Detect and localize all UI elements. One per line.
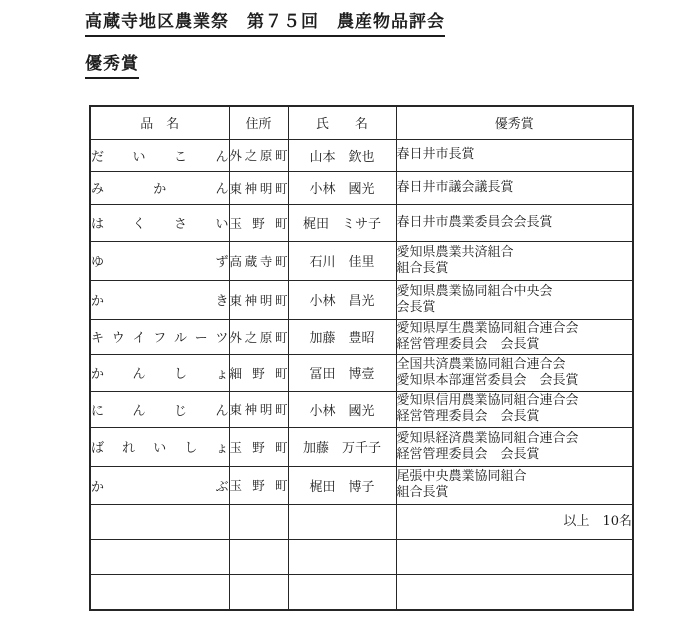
address-text: 玉野町 — [230, 438, 288, 456]
award-line2: 組合長賞 — [397, 261, 633, 277]
award-cell: 春日井市議会議長賞 — [396, 171, 633, 204]
product-cell: かんしょ — [90, 354, 229, 391]
product-text: だいこん — [91, 146, 229, 165]
product-cell: にんじん — [90, 391, 229, 427]
award-line1: 愛知県厚生農業協同組合連合会 — [397, 321, 633, 337]
award-line2: 経営管理委員会 会長賞 — [397, 337, 633, 353]
document-page: 高蔵寺地区農業祭 第７５回 農産物品評会 優秀賞 品 名 住所 氏 名 優秀賞 … — [0, 0, 690, 620]
product-text: かんしょ — [91, 363, 229, 382]
name-cell — [288, 504, 396, 539]
address-text: 玉野町 — [230, 476, 288, 494]
table-row: キウイフルーツ 外之原町 加藤 豊昭 愛知県厚生農業協同組合連合会経営管理委員会… — [90, 319, 633, 354]
address-text: 東神明町 — [230, 291, 288, 309]
award-line2: 会長賞 — [397, 300, 633, 316]
address-text: 細野町 — [230, 364, 288, 382]
award-cell: 春日井市農業委員会会長賞 — [396, 204, 633, 241]
address-cell: 外之原町 — [229, 139, 288, 171]
award-line1: 春日井市長賞 — [397, 147, 633, 163]
product-cell: ゆず — [90, 241, 229, 280]
header-address: 住所 — [229, 106, 288, 139]
table-row: だいこん 外之原町 山本 欽也 春日井市長賞 — [90, 139, 633, 171]
document-title: 高蔵寺地区農業祭 第７５回 農産物品評会 — [85, 7, 445, 37]
total-note: 以上 10名 — [396, 504, 633, 539]
name-cell: 小林 國光 — [288, 171, 396, 204]
product-cell — [90, 539, 229, 574]
header-award: 優秀賞 — [396, 106, 633, 139]
award-line1: 愛知県農業協同組合中央会 — [397, 284, 633, 300]
product-cell: かぶ — [90, 466, 229, 504]
award-line1: 全国共済農業協同組合連合会 — [397, 357, 633, 373]
award-cell: 愛知県農業共済組合組合長賞 — [396, 241, 633, 280]
award-cell: 愛知県農業協同組合中央会会長賞 — [396, 280, 633, 319]
name-cell: 石川 佳里 — [288, 241, 396, 280]
award-line2: 愛知県本部運営委員会 会長賞 — [397, 373, 633, 389]
address-text: 玉野町 — [230, 214, 288, 232]
address-cell: 高蔵寺町 — [229, 241, 288, 280]
address-cell: 細野町 — [229, 354, 288, 391]
product-cell — [90, 504, 229, 539]
product-cell: はくさい — [90, 204, 229, 241]
table-row: みかん 東神明町 小林 國光 春日井市議会議長賞 — [90, 171, 633, 204]
award-line1: 愛知県農業共済組合 — [397, 245, 633, 261]
header-product: 品 名 — [90, 106, 229, 139]
address-text: 外之原町 — [230, 146, 288, 164]
award-line1: 尾張中央農業協同組合 — [397, 469, 633, 485]
award-cell — [396, 574, 633, 610]
award-cell: 春日井市長賞 — [396, 139, 633, 171]
address-cell — [229, 574, 288, 610]
name-cell — [288, 574, 396, 610]
award-line2: 組合長賞 — [397, 485, 633, 501]
name-cell: 加藤 豊昭 — [288, 319, 396, 354]
award-line1: 愛知県信用農業協同組合連合会 — [397, 393, 633, 409]
award-line1: 春日井市農業委員会会長賞 — [397, 215, 633, 231]
address-cell: 外之原町 — [229, 319, 288, 354]
product-text: キウイフルーツ — [91, 327, 229, 346]
product-cell: かき — [90, 280, 229, 319]
table-row: ばれいしょ 玉野町 加藤 万千子 愛知県経済農業協同組合連合会経営管理委員会 会… — [90, 427, 633, 466]
award-cell: 全国共済農業協同組合連合会愛知県本部運営委員会 会長賞 — [396, 354, 633, 391]
name-cell: 加藤 万千子 — [288, 427, 396, 466]
product-text: かぶ — [91, 476, 229, 495]
product-text: みかん — [91, 178, 229, 197]
award-cell — [396, 539, 633, 574]
award-cell: 愛知県信用農業協同組合連合会経営管理委員会 会長賞 — [396, 391, 633, 427]
address-text: 東神明町 — [230, 179, 288, 197]
product-cell: ばれいしょ — [90, 427, 229, 466]
award-cell: 尾張中央農業協同組合組合長賞 — [396, 466, 633, 504]
table-row: かぶ 玉野町 梶田 博子 尾張中央農業協同組合組合長賞 — [90, 466, 633, 504]
header-row: 品 名 住所 氏 名 優秀賞 — [90, 106, 633, 139]
address-cell — [229, 539, 288, 574]
address-cell: 玉野町 — [229, 466, 288, 504]
address-text: 東神明町 — [230, 400, 288, 418]
award-line1: 春日井市議会議長賞 — [397, 180, 633, 196]
product-text: ばれいしょ — [91, 437, 229, 456]
product-text: はくさい — [91, 213, 229, 232]
award-line2: 経営管理委員会 会長賞 — [397, 409, 633, 425]
name-cell: 梶田 博子 — [288, 466, 396, 504]
award-table: 品 名 住所 氏 名 優秀賞 だいこん 外之原町 山本 欽也 春日井市長賞 みか… — [89, 105, 634, 611]
product-cell: みかん — [90, 171, 229, 204]
award-line1: 愛知県経済農業協同組合連合会 — [397, 431, 633, 447]
header-name: 氏 名 — [288, 106, 396, 139]
name-cell — [288, 539, 396, 574]
address-cell: 東神明町 — [229, 391, 288, 427]
award-line2: 経営管理委員会 会長賞 — [397, 447, 633, 463]
address-cell: 東神明町 — [229, 171, 288, 204]
name-cell: 小林 昌光 — [288, 280, 396, 319]
address-cell: 東神明町 — [229, 280, 288, 319]
address-text: 高蔵寺町 — [230, 252, 288, 270]
address-text: 外之原町 — [230, 328, 288, 346]
address-cell: 玉野町 — [229, 427, 288, 466]
product-text: にんじん — [91, 400, 229, 419]
document-subtitle: 優秀賞 — [85, 49, 139, 79]
name-cell: 冨田 博壹 — [288, 354, 396, 391]
title-block: 高蔵寺地区農業祭 第７５回 農産物品評会 優秀賞 — [85, 7, 445, 79]
product-text: ゆず — [91, 251, 229, 270]
address-cell — [229, 504, 288, 539]
table-row: にんじん 東神明町 小林 國光 愛知県信用農業協同組合連合会経営管理委員会 会長… — [90, 391, 633, 427]
name-cell: 梶田 ミサ子 — [288, 204, 396, 241]
table-row: かき 東神明町 小林 昌光 愛知県農業協同組合中央会会長賞 — [90, 280, 633, 319]
product-text: かき — [91, 290, 229, 309]
address-cell: 玉野町 — [229, 204, 288, 241]
empty-row: 以上 10名 — [90, 504, 633, 539]
name-cell: 山本 欽也 — [288, 139, 396, 171]
product-cell: だいこん — [90, 139, 229, 171]
name-cell: 小林 國光 — [288, 391, 396, 427]
empty-row — [90, 539, 633, 574]
table-row: かんしょ 細野町 冨田 博壹 全国共済農業協同組合連合会愛知県本部運営委員会 会… — [90, 354, 633, 391]
product-cell — [90, 574, 229, 610]
award-cell: 愛知県厚生農業協同組合連合会経営管理委員会 会長賞 — [396, 319, 633, 354]
award-cell: 愛知県経済農業協同組合連合会経営管理委員会 会長賞 — [396, 427, 633, 466]
empty-row — [90, 574, 633, 610]
table-row: はくさい 玉野町 梶田 ミサ子 春日井市農業委員会会長賞 — [90, 204, 633, 241]
product-cell: キウイフルーツ — [90, 319, 229, 354]
table-row: ゆず 高蔵寺町 石川 佳里 愛知県農業共済組合組合長賞 — [90, 241, 633, 280]
